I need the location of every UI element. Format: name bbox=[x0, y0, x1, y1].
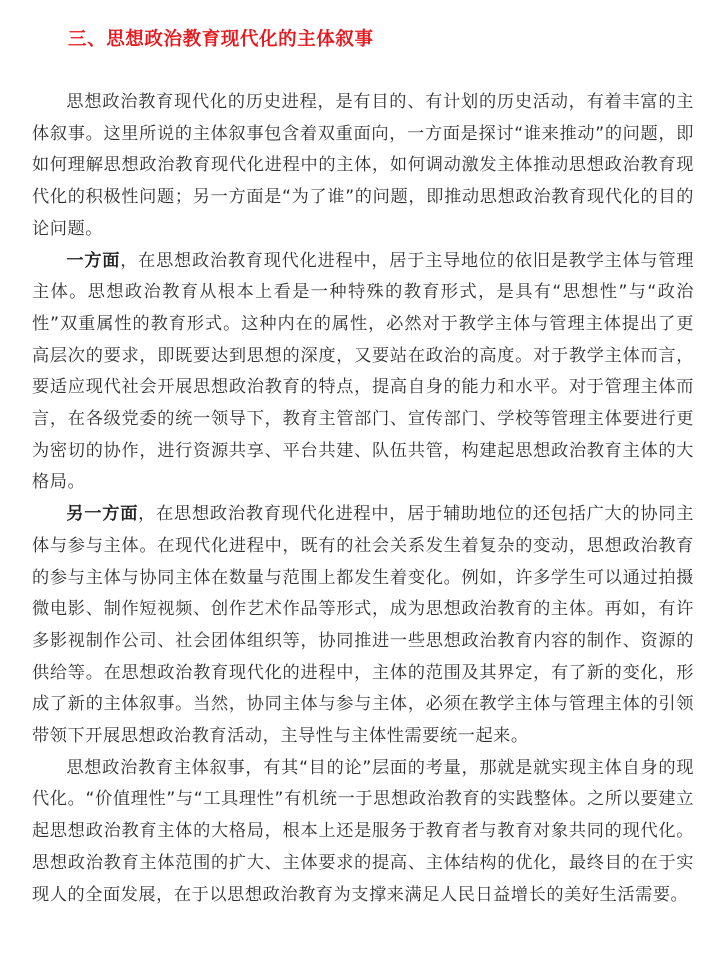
paragraph-on-other-hand: 另一方面，在思想政治教育现代化进程中，居于辅助地位的还包括广大的协同主体与参与主… bbox=[32, 499, 694, 753]
paragraph-text: 思想政治教育主体叙事，有其“目的论”层面的考量，那就是就实现主体自身的现代化。“… bbox=[32, 758, 694, 905]
paragraph-lead: 另一方面 bbox=[66, 504, 138, 524]
section-title: 三、思想政治教育现代化的主体叙事 bbox=[68, 26, 694, 54]
paragraph-text: ，在思想政治教育现代化进程中，居于主导地位的依旧是教学主体与管理主体。思想政治教… bbox=[32, 251, 694, 493]
paragraph-on-one-hand: 一方面，在思想政治教育现代化进程中，居于主导地位的依旧是教学主体与管理主体。思想… bbox=[32, 246, 694, 500]
paragraph-text: ，在思想政治教育现代化进程中，居于辅助地位的还包括广大的协同主体与参与主体。在现… bbox=[32, 504, 694, 746]
paragraph-text: 思想政治教育现代化的历史进程，是有目的、有计划的历史活动，有着丰富的主体叙事。这… bbox=[32, 92, 694, 239]
paragraph-intro: 思想政治教育现代化的历史进程，是有目的、有计划的历史活动，有着丰富的主体叙事。这… bbox=[32, 87, 694, 246]
paragraph-lead: 一方面 bbox=[66, 251, 120, 271]
article: 三、思想政治教育现代化的主体叙事 思想政治教育现代化的历史进程，是有目的、有计划… bbox=[32, 26, 694, 911]
paragraph-conclusion: 思想政治教育主体叙事，有其“目的论”层面的考量，那就是就实现主体自身的现代化。“… bbox=[32, 753, 694, 912]
